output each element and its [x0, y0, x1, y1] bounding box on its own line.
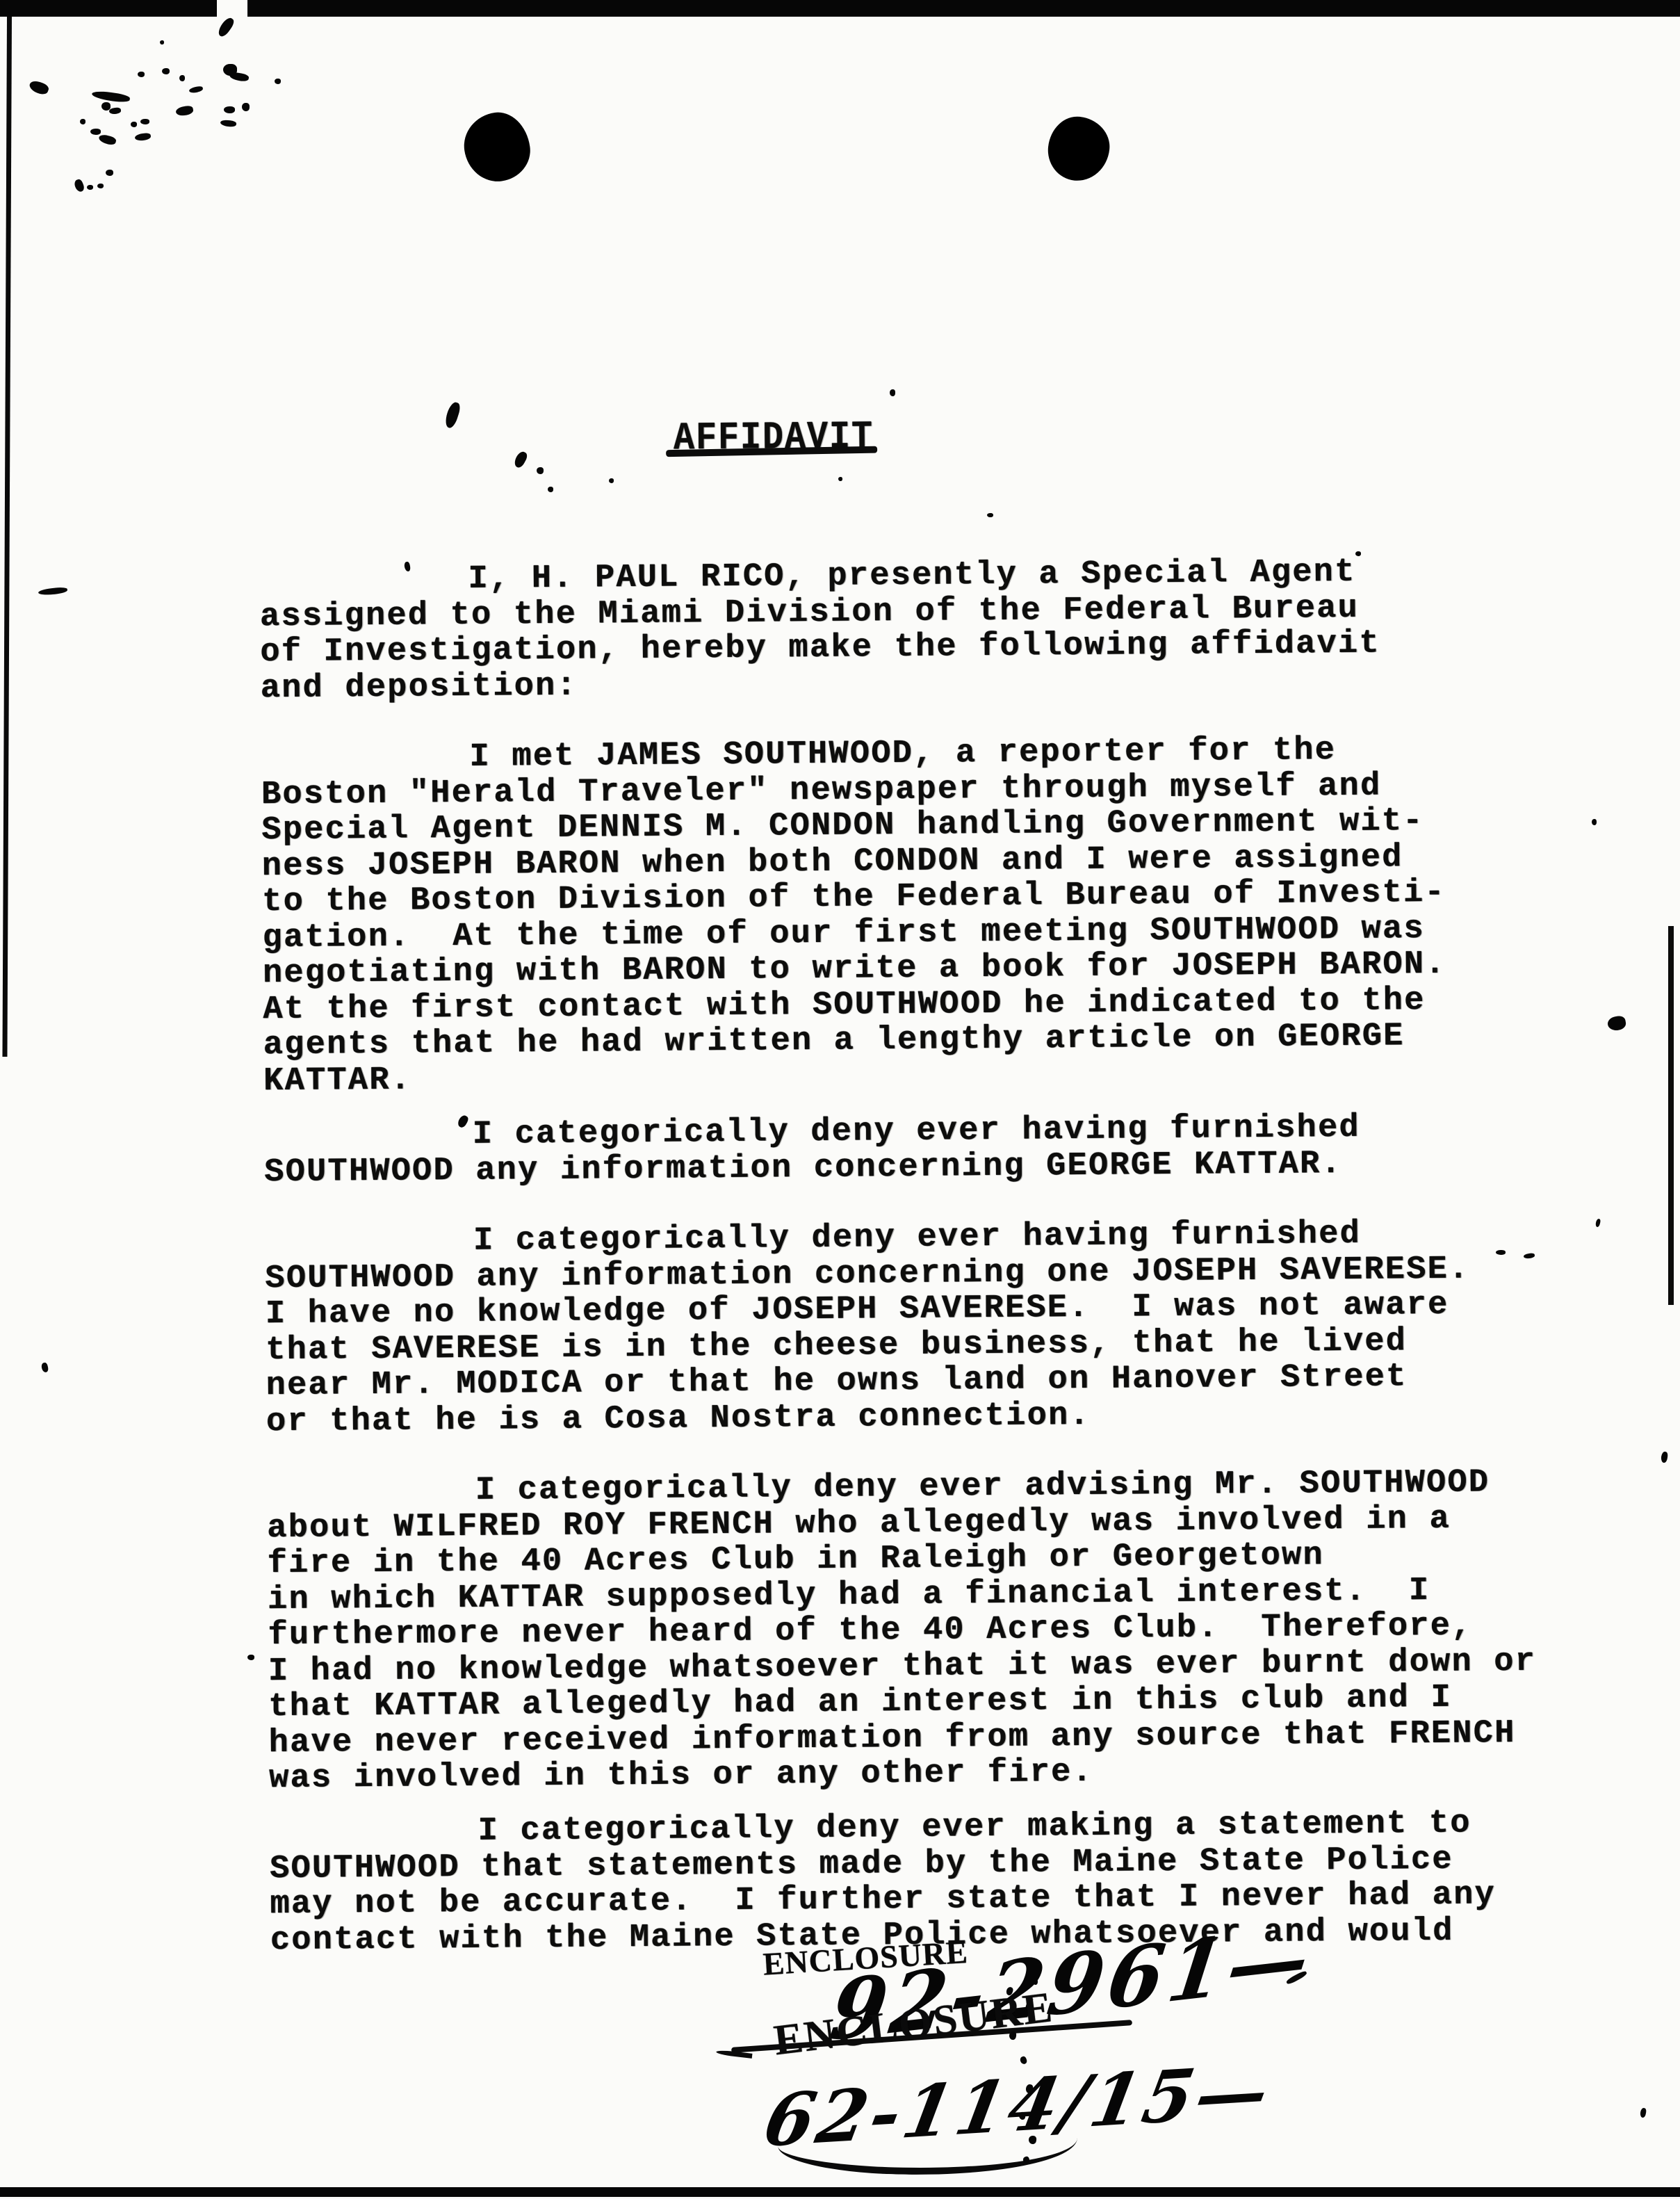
ink-speck [242, 103, 250, 111]
ink-speck [838, 477, 842, 481]
ink-speck [1496, 1250, 1506, 1255]
affidavit-scanned-page: AFFIDAVIT I, H. PAUL RICO, presently a S… [0, 0, 1680, 2199]
ink-speck [131, 122, 137, 127]
affidavit-paragraph-5: I categorically deny ever advising Mr. S… [267, 1465, 1563, 1797]
affidavit-paragraph-1: I, H. PAUL RICO, presently a Special Age… [259, 553, 1553, 707]
ink-speck [1592, 819, 1597, 825]
ink-speck [247, 1655, 254, 1660]
ink-speck [90, 129, 101, 135]
scan-edge-top-bar [0, 0, 1680, 17]
affidavit-paragraph-6: I categorically deny ever making a state… [270, 1806, 1564, 1959]
ink-speck [1033, 1979, 1038, 1985]
affidavit-paragraph-2: I met JAMES SOUTHWOOD, a reporter for th… [261, 731, 1556, 1100]
scan-edge-bottom-bar [0, 2187, 1680, 2197]
scan-edge-right-line [1668, 926, 1674, 1305]
ink-speck [224, 106, 235, 113]
ink-speck [987, 513, 993, 517]
ink-speck [138, 72, 145, 77]
ink-speck [1355, 551, 1361, 556]
ink-speck [87, 185, 93, 190]
handwritten-underline-flourish [777, 2124, 1077, 2180]
ink-speck [537, 467, 544, 474]
ink-speck [160, 40, 164, 44]
ink-speck [106, 170, 113, 176]
ink-speck [548, 487, 553, 492]
ink-speck [890, 389, 895, 396]
ink-speck [179, 75, 185, 81]
ink-speck [609, 478, 614, 483]
ink-speck [80, 119, 85, 124]
document-body: AFFIDAVIT I, H. PAUL RICO, presently a S… [0, 0, 1680, 2199]
ink-speck [275, 79, 281, 84]
affidavit-paragraph-4: I categorically deny ever having furnish… [265, 1215, 1559, 1441]
scan-edge-top-bar-notch [217, 0, 247, 17]
ink-speck [162, 68, 170, 74]
ink-speck [140, 119, 149, 124]
ink-speck [97, 184, 104, 188]
